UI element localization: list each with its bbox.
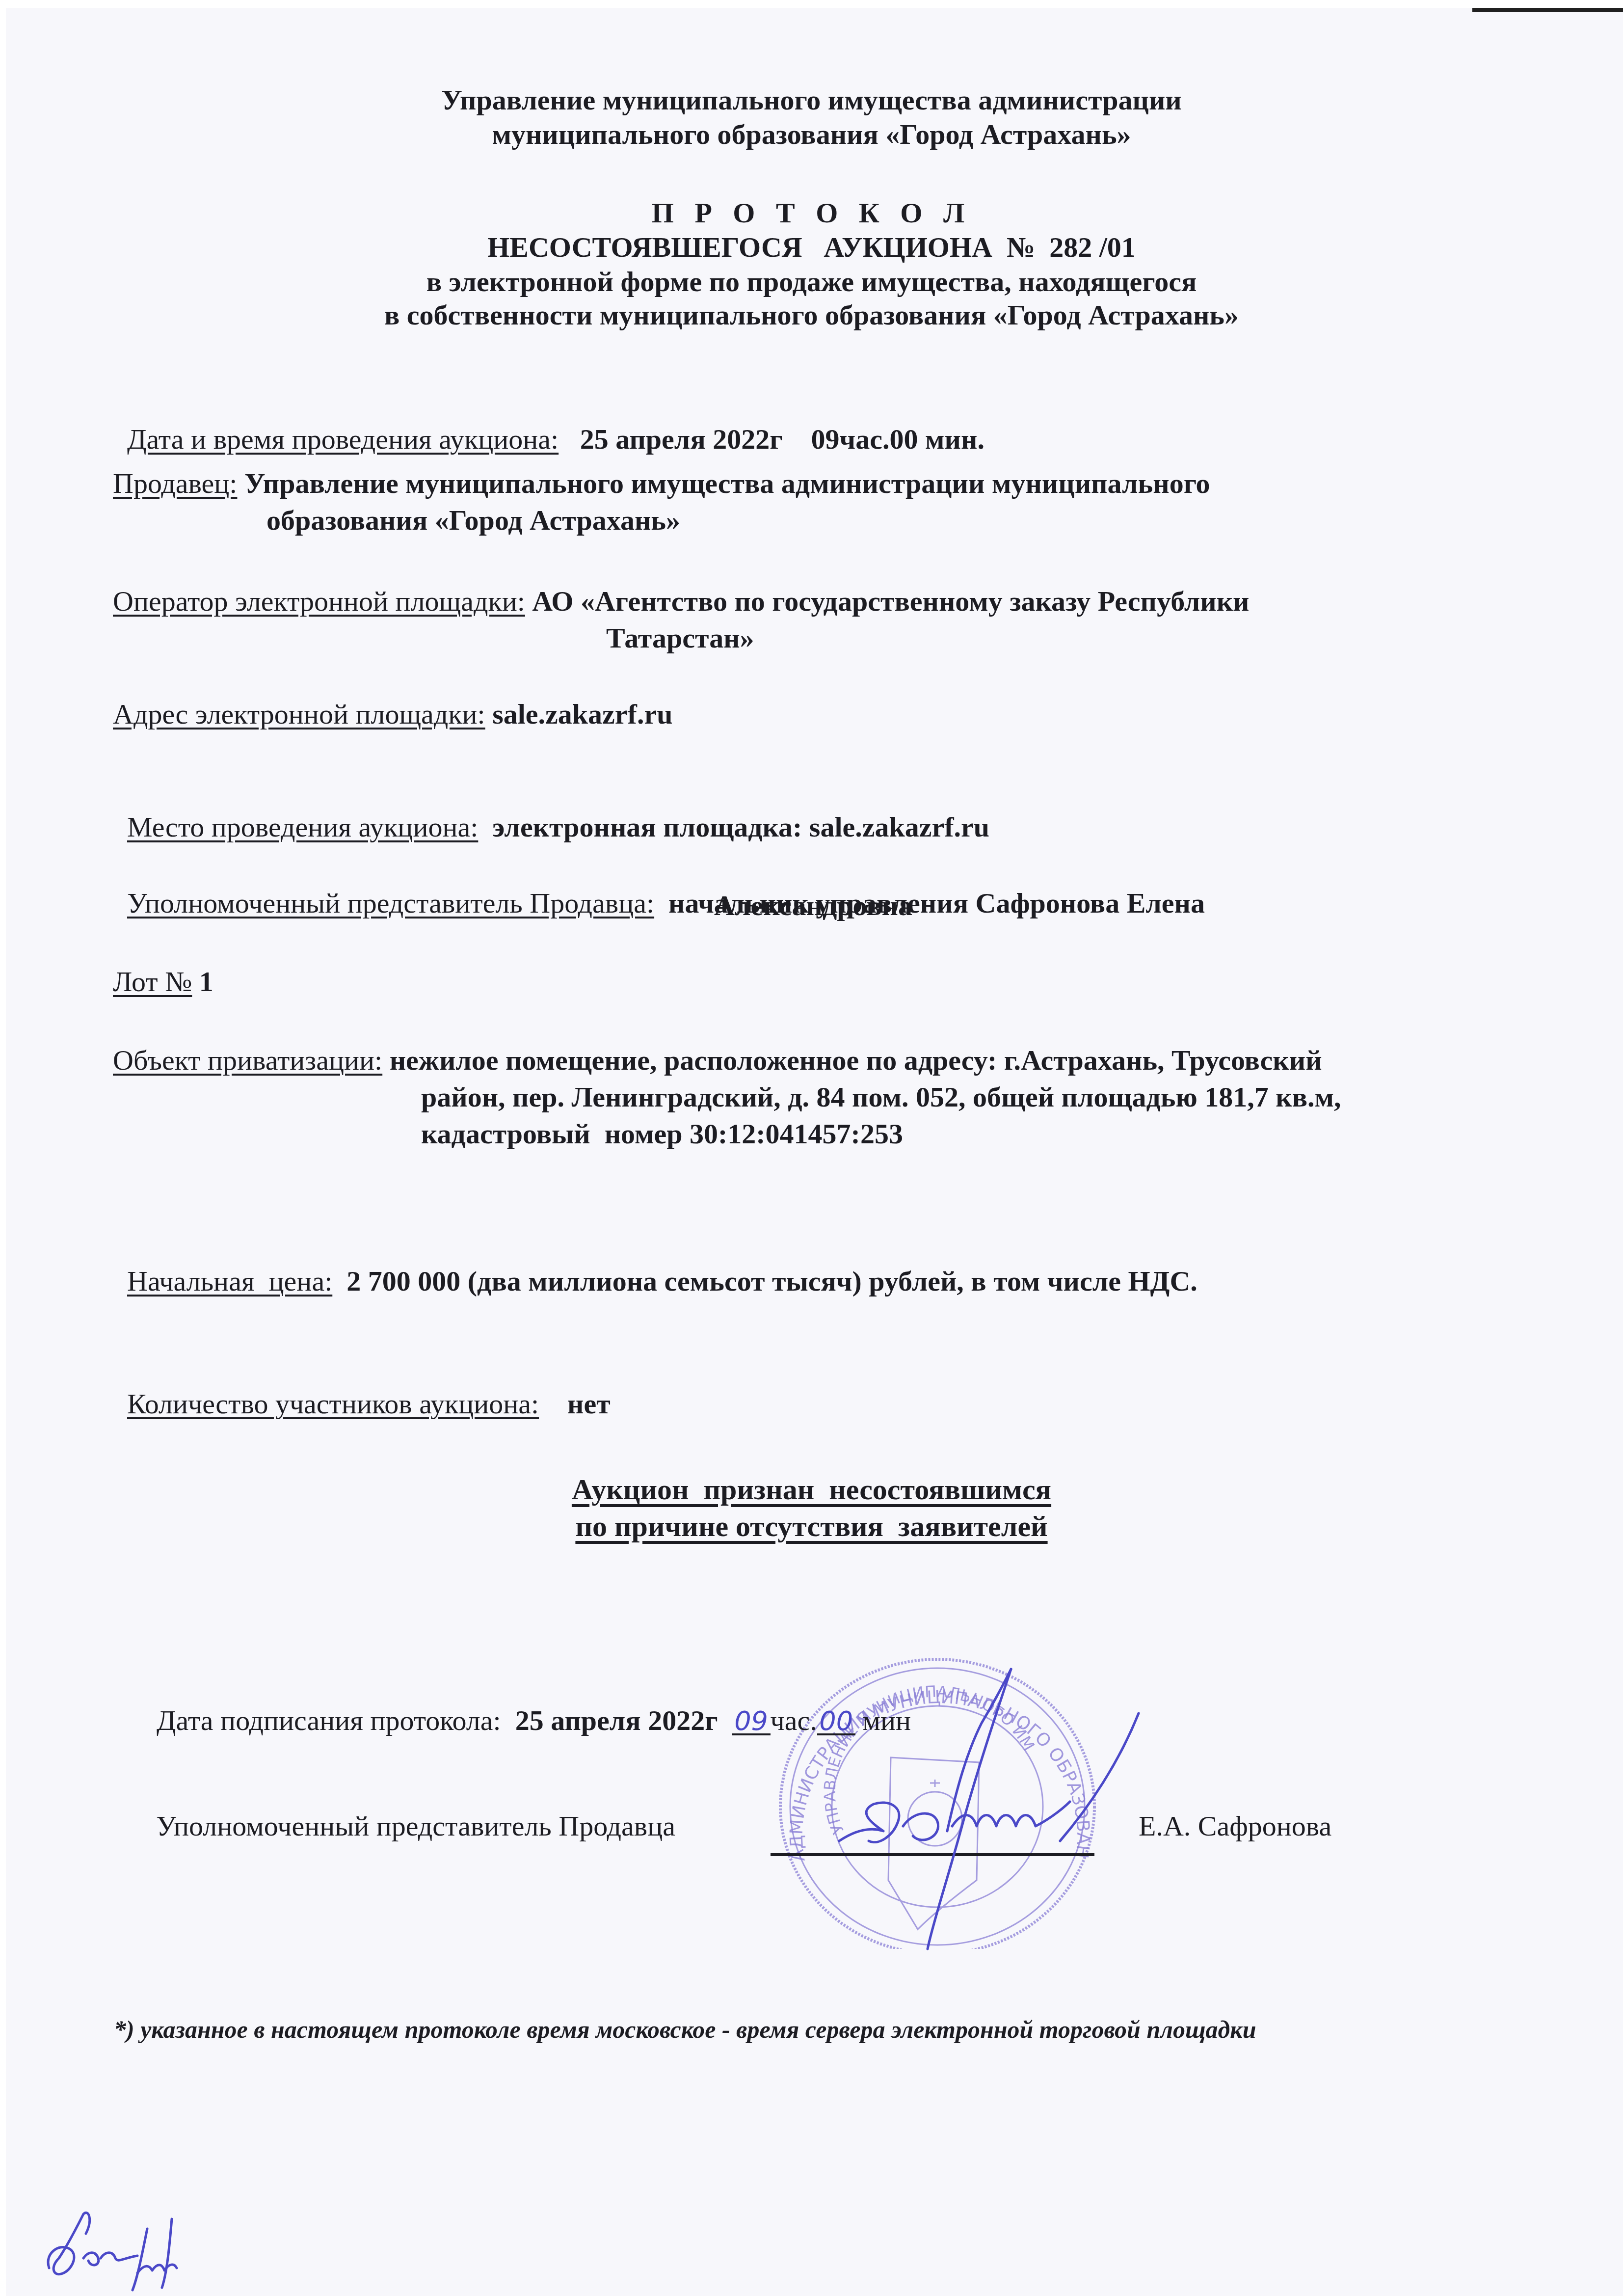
field-label: Уполномоченный представитель Продавца: xyxy=(127,887,654,919)
field-participants: Количество участников аукциона: нет xyxy=(113,1352,611,1421)
field-label: Место проведения аукциона: xyxy=(127,811,478,843)
field-value: Управление муниципального имущества адми… xyxy=(244,467,1210,499)
signing-label: Дата подписания протокола: xyxy=(157,1704,501,1736)
signing-hour-handwritten: 09 xyxy=(734,1705,768,1736)
field-venue: Место проведения аукциона: электронная п… xyxy=(113,776,989,844)
field-value: 2 700 000 (два миллиона семьсот тысяч) р… xyxy=(346,1265,1197,1297)
signature-role: Уполномоченный представитель Продавца xyxy=(156,1809,675,1843)
field-representative: Уполномоченный представитель Продавца: н… xyxy=(113,852,1205,920)
field-value: sale.zakazrf.ru xyxy=(492,698,672,730)
org-header-line2: муниципального образования «Город Астрах… xyxy=(0,118,1623,151)
field-label: Лот № xyxy=(113,966,192,998)
field-value: нет xyxy=(567,1388,611,1420)
field-seller-continuation: образования «Город Астрахань» xyxy=(266,503,680,538)
field-platform-address: Адрес электронной площадки: sale.zakazrf… xyxy=(113,697,672,731)
subtitle-line1: в электронной форме по продаже имущества… xyxy=(0,265,1623,298)
auction-number-title: НЕСОСТОЯВШЕГОСЯ АУКЦИОНА № 282 /01 xyxy=(0,231,1623,264)
field-label: Количество участников аукциона: xyxy=(127,1388,539,1420)
signatory-name: Е.А. Сафронова xyxy=(1139,1809,1331,1843)
field-representative-continuation: Александровна xyxy=(714,889,912,923)
field-auction-datetime: Дата и время проведения аукциона: 25 апр… xyxy=(113,388,984,457)
field-start-price: Начальная цена: 2 700 000 (два миллиона … xyxy=(113,1230,1197,1298)
field-value: 25 апреля 2022г 09час.00 мин. xyxy=(580,423,984,455)
protocol-title: П Р О Т О К О Л xyxy=(0,196,1623,229)
field-label: Продавец: xyxy=(113,467,237,499)
field-value: нежилое помещение, расположенное по адре… xyxy=(390,1044,1322,1076)
field-label: Оператор электронной площадки: xyxy=(113,585,525,617)
field-object-continuation-1: район, пер. Ленинградский, д. 84 пом. 05… xyxy=(421,1080,1341,1114)
handwritten-signature-icon xyxy=(785,1664,1178,1959)
field-label: Дата и время проведения аукциона: xyxy=(127,423,559,455)
org-header-line1: Управление муниципального имущества адми… xyxy=(0,83,1623,117)
field-label: Адрес электронной площадки: xyxy=(113,698,485,730)
field-lot: Лот № 1 xyxy=(113,965,213,999)
signing-date: 25 апреля 2022г xyxy=(515,1704,718,1736)
field-operator-continuation: Татарстан» xyxy=(606,621,754,655)
footnote: *) указанное в настоящем протоколе время… xyxy=(114,2015,1256,2044)
field-operator: Оператор электронной площадки: АО «Агент… xyxy=(113,584,1250,619)
scan-edge xyxy=(1472,8,1623,12)
signing-hour-field: 09 xyxy=(732,1708,771,1735)
initials-signature-icon xyxy=(39,2209,186,2293)
field-object: Объект приватизации: нежилое помещение, … xyxy=(113,1043,1322,1078)
field-seller: Продавец: Управление муниципального имущ… xyxy=(113,466,1210,501)
field-value: АО «Агентство по государственному заказу… xyxy=(532,585,1249,617)
field-label: Объект приватизации: xyxy=(113,1044,382,1076)
field-value: 1 xyxy=(199,966,213,998)
field-label: Начальная цена: xyxy=(127,1265,332,1297)
verdict-line2: по причине отсутствия заявителей xyxy=(0,1510,1623,1543)
verdict-line1: Аукцион признан несостоявшимся xyxy=(0,1473,1623,1507)
field-object-continuation-2: кадастровый номер 30:12:041457:253 xyxy=(421,1117,903,1151)
field-value: электронная площадка: sale.zakazrf.ru xyxy=(492,811,989,843)
subtitle-line2: в собственности муниципального образован… xyxy=(0,298,1623,332)
